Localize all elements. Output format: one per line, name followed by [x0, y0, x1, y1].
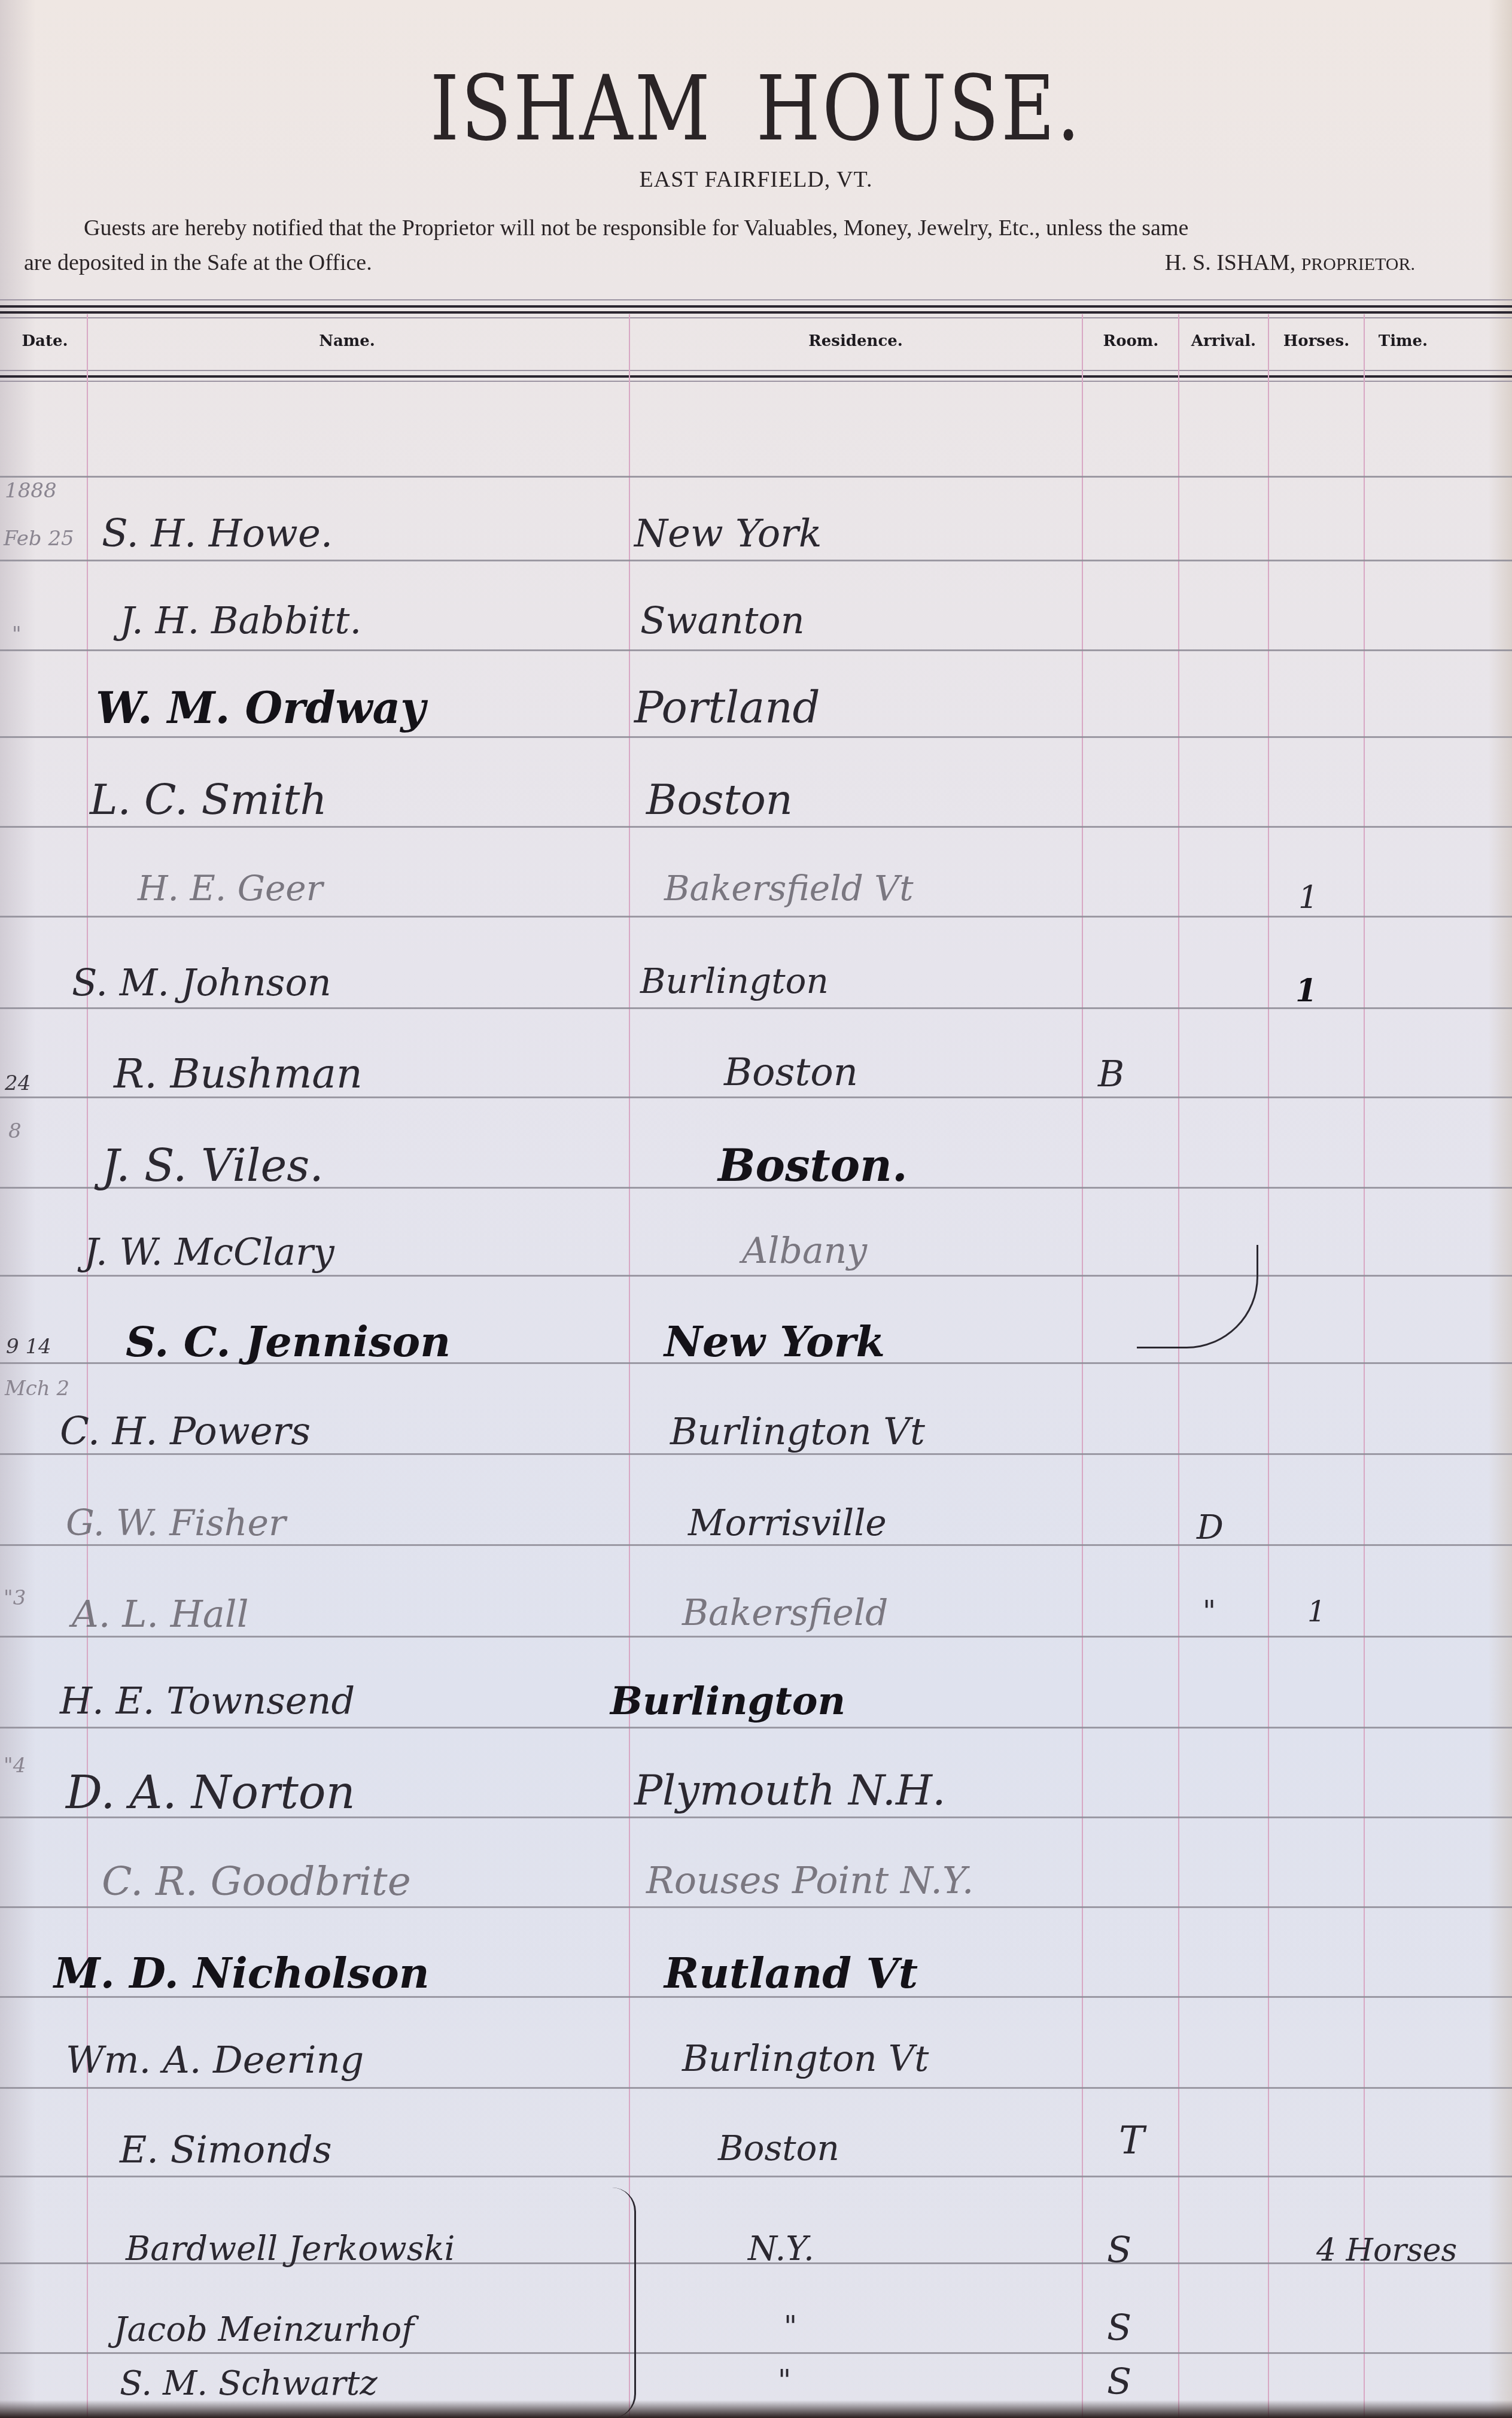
entry-name: H. E. Townsend [60, 1679, 355, 1723]
date-note-914: 9 14 [6, 1335, 51, 1359]
row-rule [0, 1906, 1512, 1908]
entry-residence: " [784, 2310, 797, 2344]
entry-name: W. M. Ordway [96, 682, 425, 733]
column-header-rule-thin [0, 370, 1512, 371]
notice-line-2: are deposited in the Safe at the Office.… [24, 245, 1484, 282]
entry-residence: Portland [634, 682, 820, 733]
entry-name: J. S. Viles. [102, 1140, 324, 1192]
entry-name: Jacob Meinzurhof [114, 2310, 414, 2349]
entry-name: R. Bushman [114, 1050, 363, 1098]
header-rule-thick-2 [0, 311, 1512, 314]
entry-residence: " [778, 2364, 791, 2398]
entry-room: S [1107, 2307, 1131, 2349]
page-shadow-right [1488, 0, 1512, 2418]
entry-name: A. L. Hall [72, 1592, 248, 1636]
entry-name: L. C. Smith [90, 775, 327, 824]
entry-residence: New York [664, 1317, 885, 1366]
entry-horses: 1 [1307, 1595, 1326, 1629]
page-shadow-left [0, 0, 36, 2418]
column-header-rule-thin-2 [0, 381, 1512, 382]
proprietor-signature: H. S. ISHAM, Proprietor. [1165, 245, 1484, 282]
column-rule-room [1178, 314, 1179, 2418]
entry-horses: 4 Horses [1316, 2232, 1457, 2268]
date-note-3: "3 [4, 1586, 26, 1610]
entry-name: H. E. Geer [138, 868, 323, 909]
entry-residence: Boston [646, 775, 793, 824]
entry-name: D. A. Norton [66, 1766, 355, 1819]
title-word-isham: ISHAM [430, 57, 712, 161]
entry-horses: 1 [1295, 973, 1317, 1009]
entry-residence: Rutland Vt [664, 1948, 918, 1998]
entry-residence: Swanton [640, 599, 805, 642]
column-header-rule-thick [0, 375, 1512, 378]
entry-room: S [1107, 2361, 1131, 2403]
entry-residence: Morrisville [688, 1502, 887, 1544]
row-rule [0, 560, 1512, 561]
column-rule-name [629, 314, 630, 2418]
entry-residence: N.Y. [748, 2229, 814, 2268]
entry-residence: New York [634, 512, 822, 556]
entry-room: S [1107, 2229, 1131, 2271]
entry-name: J. H. Babbitt. [120, 599, 361, 642]
notice-line-2-text: are deposited in the Safe at the Office. [24, 245, 372, 282]
row-rule [0, 2176, 1512, 2177]
proprietor-name: H. S. ISHAM, [1165, 250, 1296, 275]
title-word-house: HOUSE. [756, 57, 1082, 161]
entry-name: M. D. Nicholson [54, 1948, 430, 1998]
page-bottom-edge [0, 2400, 1512, 2418]
row-rule [0, 1544, 1512, 1546]
entry-name: Bardwell Jerkowski [126, 2229, 455, 2268]
header-rule-thin-top [0, 299, 1512, 300]
entry-residence: Burlington Vt [670, 1410, 925, 1453]
entry-residence: Boston [724, 1050, 858, 1095]
pen-flourish [1137, 1245, 1258, 1348]
entry-residence: Boston. [718, 1140, 908, 1192]
date-note-4: "4 [4, 1754, 26, 1778]
row-rule [0, 736, 1512, 738]
column-rule-arrival [1268, 314, 1269, 2418]
guest-notice: Guests are hereby notified that the Prop… [24, 211, 1484, 282]
date-note-feb25: Feb 25 [4, 527, 74, 551]
entry-name: E. Simonds [120, 2128, 332, 2171]
location-line: EAST FAIRFIELD, VT. [0, 166, 1512, 193]
row-rule [0, 1275, 1512, 1277]
entry-name: C. R. Goodbrite [102, 1858, 411, 1904]
entry-residence: Boston [718, 2128, 839, 2168]
entry-arrival: " [1203, 1595, 1216, 1629]
column-rule-residence [1082, 314, 1083, 2418]
entry-residence: Bakersfield Vt [664, 868, 913, 909]
entry-name: S. M. Schwartz [120, 2364, 378, 2403]
date-ditto: " [12, 622, 22, 646]
row-rule [0, 1727, 1512, 1729]
entry-horses: 1 [1298, 880, 1318, 916]
entry-name: S. M. Johnson [72, 961, 331, 1004]
page-title: ISHAMHOUSE. [136, 57, 1376, 161]
row-rule [0, 2087, 1512, 2089]
entry-room: B [1098, 1053, 1124, 1095]
row-rule [0, 916, 1512, 918]
entry-residence: Rouses Point N.Y. [646, 1858, 974, 1902]
column-header-date: Date. [12, 332, 78, 350]
proprietor-title: Proprietor. [1301, 254, 1415, 274]
entry-name: Wm. A. Deering [66, 2038, 364, 2082]
entry-residence: Plymouth N.H. [634, 1766, 945, 1815]
column-header-arrival: Arrival. [1182, 332, 1265, 350]
group-brace [610, 2188, 636, 2418]
entry-residence: Albany [742, 1230, 867, 1272]
entry-residence: Burlington [610, 1679, 845, 1724]
entry-residence: Burlington [640, 961, 829, 1001]
entry-name: J. W. McClary [84, 1230, 334, 1274]
entry-name: C. H. Powers [60, 1410, 311, 1454]
row-rule [0, 1636, 1512, 1638]
column-header-time: Time. [1367, 332, 1439, 350]
column-header-residence: Residence. [778, 332, 933, 350]
column-header-name: Name. [287, 332, 407, 350]
row-rule [0, 476, 1512, 478]
header-rule-thin-bottom [0, 317, 1512, 318]
column-header-room: Room. [1089, 332, 1173, 350]
entry-name: S. C. Jennison [126, 1317, 451, 1366]
date-note-24: 24 [5, 1071, 31, 1095]
date-note-8: 8 [8, 1119, 22, 1143]
row-rule [0, 826, 1512, 828]
entry-residence: Bakersfield [682, 1592, 888, 1634]
row-rule [0, 1007, 1512, 1009]
column-header-horses: Horses. [1271, 332, 1361, 350]
column-rule-horses [1364, 314, 1365, 2418]
date-year: 1888 [5, 479, 57, 503]
notice-line-1: Guests are hereby notified that the Prop… [24, 211, 1484, 245]
entry-residence: Burlington Vt [682, 2038, 929, 2080]
entry-name: G. W. Fisher [66, 1502, 286, 1544]
entry-name: S. H. Howe. [102, 512, 333, 556]
column-rule-date [87, 314, 88, 2418]
entry-room: T [1119, 2119, 1145, 2163]
header-rule-thick-1 [0, 305, 1512, 308]
row-rule [0, 2352, 1512, 2354]
row-rule [0, 649, 1512, 651]
entry-arrival: D [1197, 1508, 1224, 1547]
date-note-mch2: Mch 2 [5, 1377, 69, 1401]
